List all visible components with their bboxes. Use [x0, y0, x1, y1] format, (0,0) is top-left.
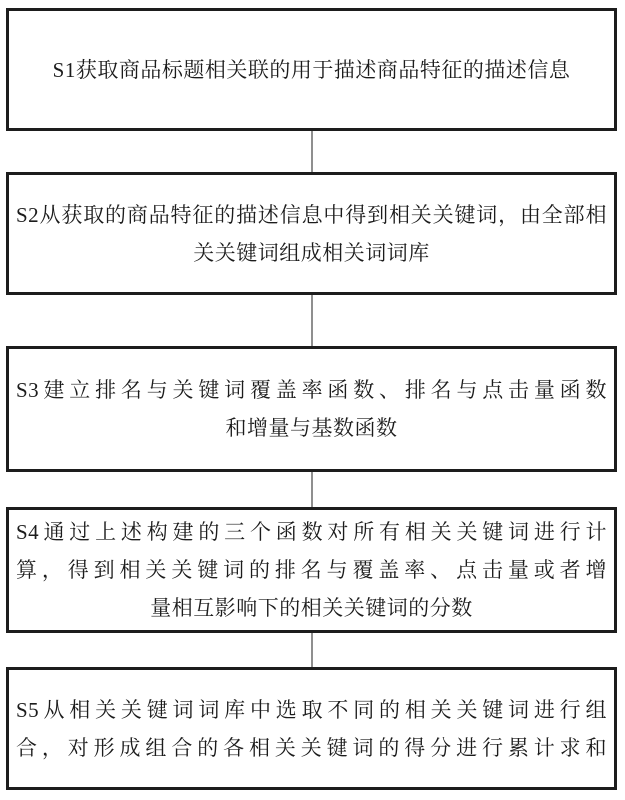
step-s4-text-line-1: S4通过上述构建的三个函数对所有相关关键词进行计	[16, 513, 607, 551]
step-s1-text-line-1: S1获取商品标题相关联的用于描述商品特征的描述信息	[16, 51, 607, 89]
step-s2-text-line-1: S2从获取的商品特征的描述信息中得到相关关键词，由全部相	[16, 196, 607, 234]
step-s4-text-line-3: 量相互影响下的相关关键词的分数	[16, 589, 607, 627]
step-s4-text-line-2: 算，得到相关关键词的排名与覆盖率、点击量或者增	[16, 551, 607, 589]
step-box-s2: S2从获取的商品特征的描述信息中得到相关关键词，由全部相 关关键词组成相关词词库	[6, 172, 617, 295]
connector-line-4	[311, 633, 313, 667]
step-box-s5: S5从相关关键词词库中选取不同的相关关键词进行组 合，对形成组合的各相关关键词的…	[6, 667, 617, 790]
step-box-s4: S4通过上述构建的三个函数对所有相关关键词进行计 算，得到相关关键词的排名与覆盖…	[6, 507, 617, 633]
step-box-s3: S3建立排名与关键词覆盖率函数、排名与点击量函数 和增量与基数函数	[6, 346, 617, 472]
connector-line-3	[311, 472, 313, 507]
connector-line-2	[311, 295, 313, 346]
step-s2-text-line-2: 关关键词组成相关词词库	[16, 234, 607, 272]
step-s3-text-line-2: 和增量与基数函数	[16, 409, 607, 447]
step-box-s1: S1获取商品标题相关联的用于描述商品特征的描述信息	[6, 8, 617, 131]
step-s3-text-line-1: S3建立排名与关键词覆盖率函数、排名与点击量函数	[16, 371, 607, 409]
flowchart: S1获取商品标题相关联的用于描述商品特征的描述信息 S2从获取的商品特征的描述信…	[0, 0, 625, 800]
connector-line-1	[311, 131, 313, 173]
step-s5-text-line-2: 合，对形成组合的各相关关键词的得分进行累计求和	[16, 729, 607, 767]
step-s5-text-line-1: S5从相关关键词词库中选取不同的相关关键词进行组	[16, 691, 607, 729]
